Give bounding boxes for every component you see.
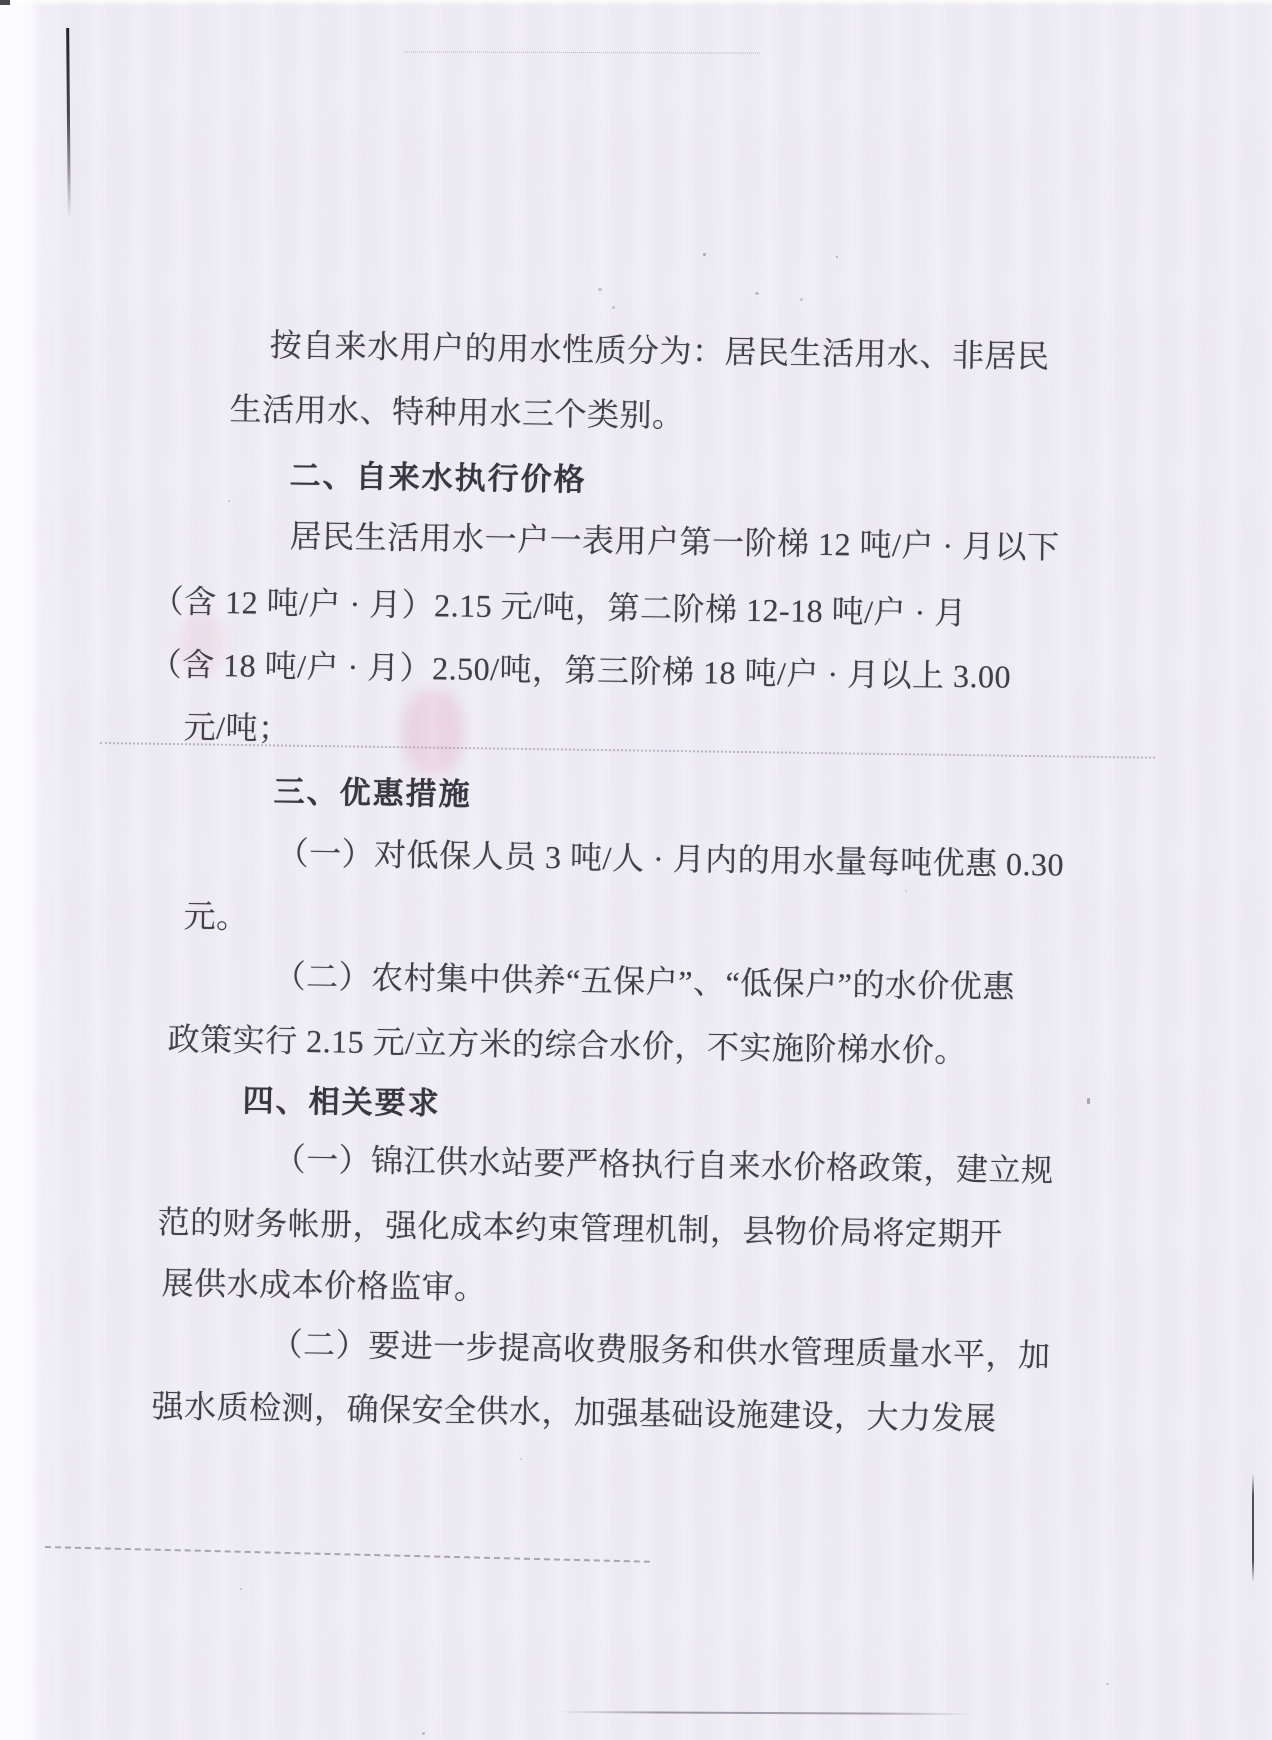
paragraph-requirement-2-line-2: 强水质检测，确保安全供水，加强基础设施建设，大力发展 (151, 1381, 997, 1440)
paragraph-rural-discount-line-1: （二）农村集中供养“五保户”、“低保户”的水价优惠 (273, 951, 1015, 1008)
paragraph-tiered-pricing-line-2: （含 12 吨/户 · 月）2.15 元/吨，第二阶梯 12-18 吨/户 · … (151, 576, 967, 634)
section-heading-water-price: 二、自来水执行价格 (289, 450, 587, 499)
paragraph-lowincome-discount-line-1: （一）对低保人员 3 吨/人 · 月内的用水量每吨优惠 0.30 (276, 828, 1064, 886)
paragraph-lowincome-discount-line-2: 元。 (183, 891, 249, 938)
scanned-document-page: 按自来水用户的用水性质分为：居民生活用水、非居民 生活用水、特种用水三个类别。 … (0, 0, 1272, 1740)
paragraph-tiered-pricing-line-1: 居民生活用水一户一表用户第一阶梯 12 吨/户 · 月以下 (289, 511, 1060, 568)
paragraph-requirement-2-line-1: （二）要进一步提高收费服务和供水管理质量水平，加 (270, 1319, 1051, 1377)
paragraph-usage-categories-line-1: 按自来水用户的用水性质分为：居民生活用水、非居民 (269, 320, 1050, 378)
paragraph-rural-discount-line-2: 政策实行 2.15 元/立方米的综合水价，不实施阶梯水价。 (167, 1014, 967, 1072)
section-heading-requirements: 四、相关要求 (242, 1075, 441, 1123)
paragraph-requirement-1-line-3: 展供水成本价格监审。 (161, 1258, 487, 1309)
paragraph-requirement-1-line-2: 范的财务帐册，强化成本约束管理机制，县物价局将定期开 (157, 1197, 1003, 1256)
paragraph-requirement-1-line-1: （一）锦江供水站要严格执行自来水价格政策，建立规 (273, 1134, 1054, 1192)
document-text: 按自来水用户的用水性质分为：居民生活用水、非居民 生活用水、特种用水三个类别。 … (0, 0, 1272, 1740)
paragraph-usage-categories-line-2: 生活用水、特种用水三个类别。 (229, 384, 685, 437)
section-heading-discounts: 三、优惠措施 (273, 766, 472, 814)
paragraph-tiered-pricing-line-3: （含 18 吨/户 · 月）2.50/吨，第三阶梯 18 吨/户 · 月以上 3… (149, 639, 1011, 698)
paragraph-tiered-pricing-line-4: 元/吨； (183, 702, 291, 750)
